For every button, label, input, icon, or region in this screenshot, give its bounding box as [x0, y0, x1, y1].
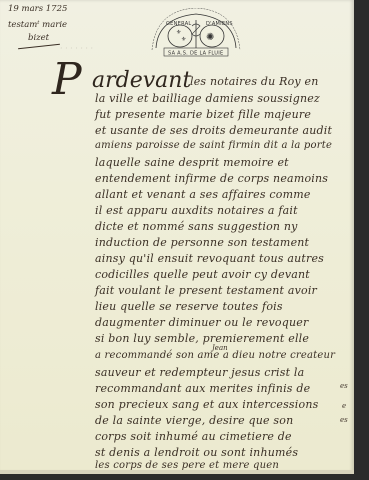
right-margin-mark: e	[342, 402, 346, 410]
text-line-21: son precieux sang et aux intercessions	[95, 398, 318, 411]
text-line-12: ainsy qu'il ensuit revoquant tous autres	[95, 252, 324, 265]
svg-text:GENERAL: GENERAL	[166, 21, 192, 27]
margin-underline	[18, 44, 60, 49]
page-bottom-edge	[0, 470, 354, 474]
text-line-6: laquelle saine desprit memoire et	[95, 156, 289, 169]
right-margin-mark: es	[340, 416, 348, 424]
text-line-17: si bon luy semble, premierement elle	[95, 332, 309, 345]
text-line-20: recommandant aux merites infinis de	[95, 382, 310, 395]
text-line-4: et usante de ses droits demeurante audit	[95, 124, 332, 137]
text-line-7: entendement infirme de corps neamoins	[95, 172, 328, 185]
margin-name: bizet	[28, 33, 49, 43]
text-line-3: fut presente marie bizet fille majeure	[95, 108, 311, 121]
fiscal-stamp-icon: ⚜ ⚜ ✺ GENERAL D'AMIENS SA A.S. DE LA FLU…	[150, 8, 242, 60]
margin-title: testamᵗ marie	[8, 20, 67, 30]
bleed-through-text: · · · · · · ·	[60, 44, 93, 53]
text-line-16: daugmenter diminuer ou le revoquer	[95, 316, 308, 329]
svg-text:D'AMIENS: D'AMIENS	[206, 21, 233, 27]
margin-date: 19 mars 1725	[8, 4, 67, 14]
text-line-8: allant et venant a ses affaires comme	[95, 188, 311, 201]
text-line-15: lieu quelle se reserve toutes fois	[95, 300, 283, 313]
text-line-10: dicte et nommé sans suggestion ny	[95, 220, 298, 233]
text-line-13: codicilles quelle peut avoir cy devant	[95, 268, 310, 281]
text-line-22: de la sainte vierge, desire que son	[95, 414, 293, 427]
text-line-19: sauveur et redempteur jesus crist la	[95, 366, 304, 379]
text-line-14: fait voulant le present testament avoir	[95, 284, 317, 297]
svg-text:✺: ✺	[206, 32, 214, 43]
svg-text:⚜: ⚜	[181, 36, 186, 43]
text-line-1: les notaires du Roy en	[190, 75, 319, 88]
svg-text:SA A.S. DE LA FLUIE: SA A.S. DE LA FLUIE	[168, 51, 223, 57]
opening-word: ardevant	[92, 68, 191, 93]
text-line-24: st denis a lendroit ou sont inhumés	[95, 446, 298, 459]
text-line-11: induction de personne son testament	[95, 236, 309, 249]
text-line-5: amiens paroisse de saint firmin dit a la…	[95, 140, 332, 151]
svg-text:⚜: ⚜	[176, 29, 181, 36]
right-margin-mark: es	[340, 382, 348, 390]
manuscript-page: · · · · · · · 19 mars 1725 testamᵗ marie…	[0, 0, 354, 472]
text-line-2: la ville et bailliage damiens soussignez	[95, 92, 320, 105]
text-line-23: corps soit inhumé au cimetiere de	[95, 430, 292, 443]
text-line-18: a recommandé son ame a dieu notre create…	[95, 350, 335, 361]
text-line-9: il est apparu auxdits notaires a fait	[95, 204, 298, 217]
decorated-initial: P	[52, 58, 82, 102]
